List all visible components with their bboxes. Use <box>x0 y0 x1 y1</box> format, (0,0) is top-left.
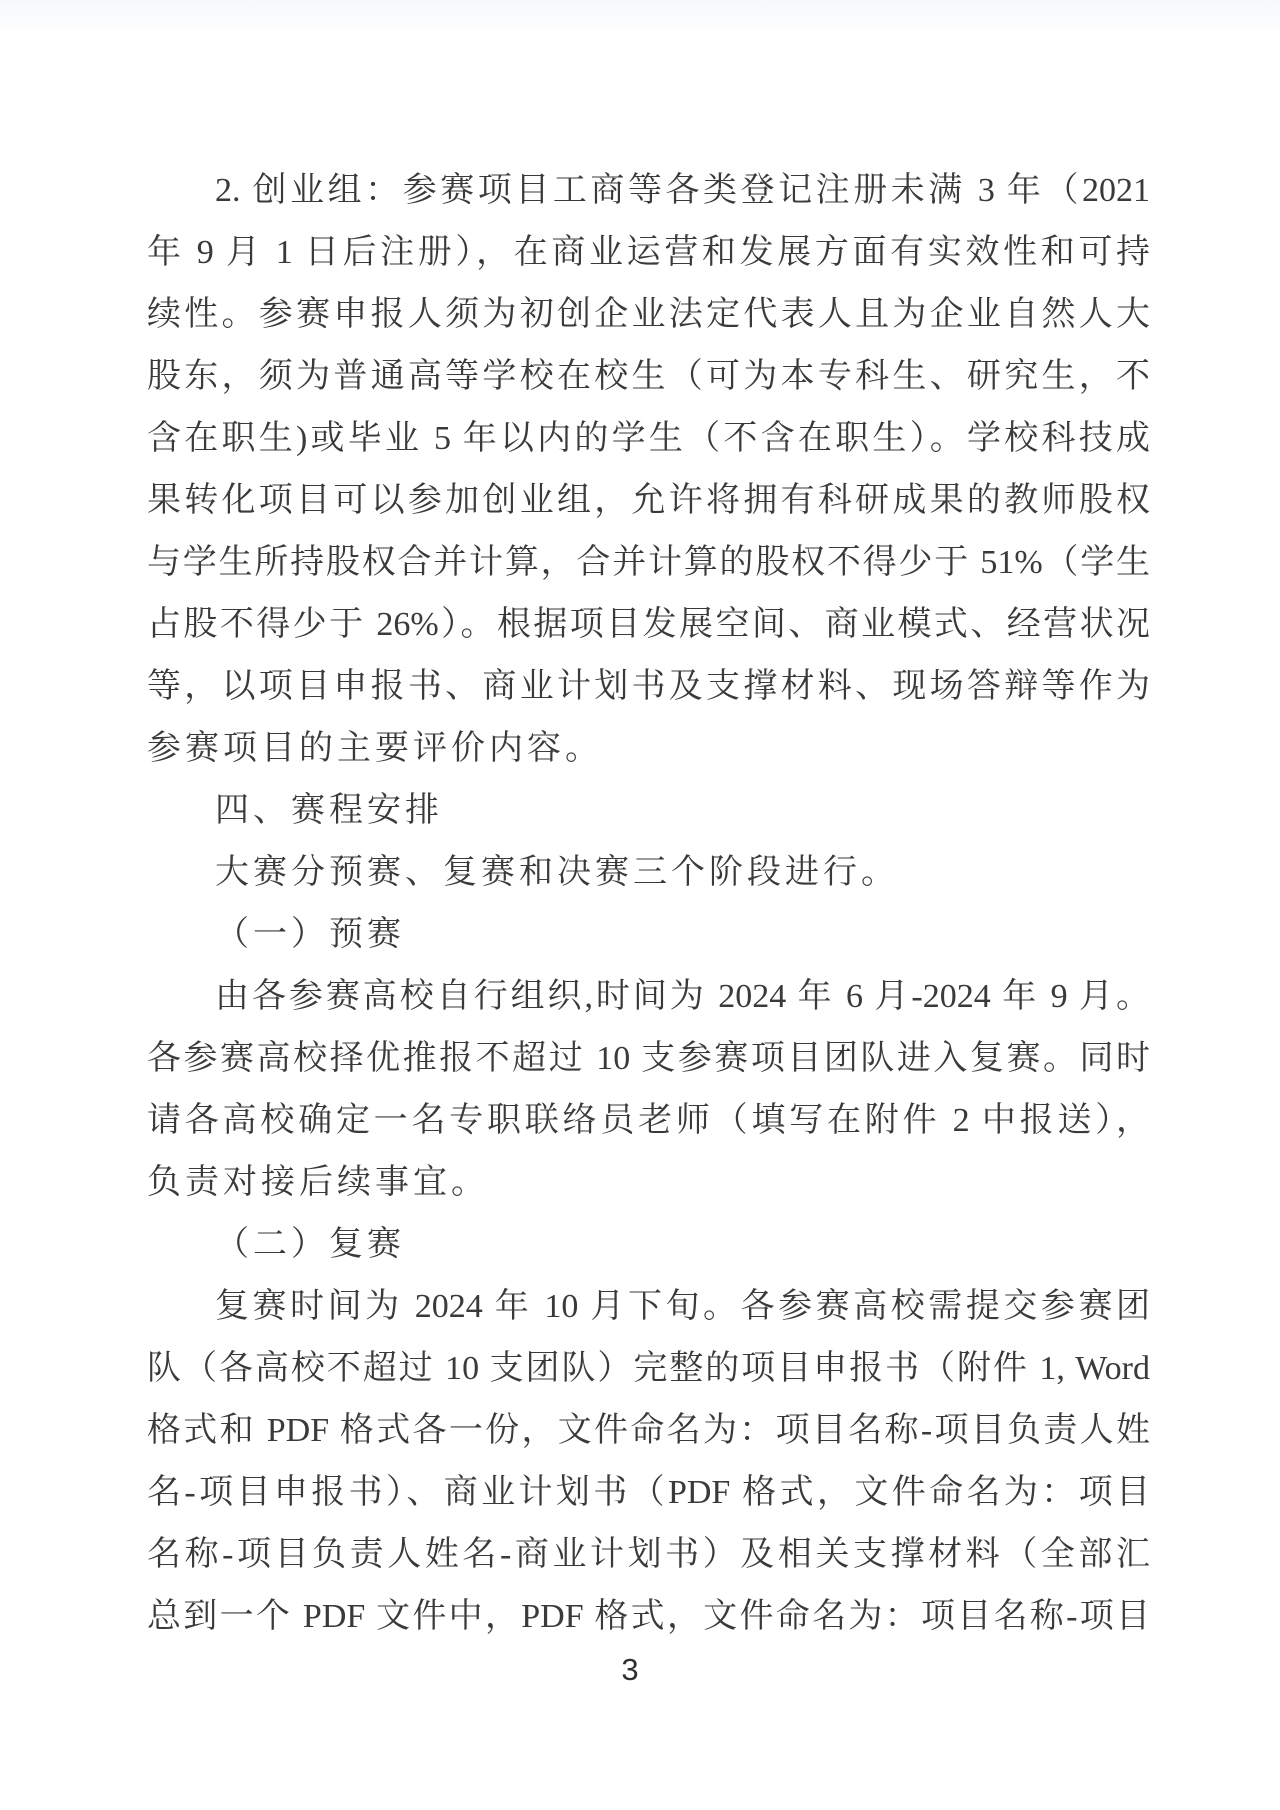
paragraph-last-line: 参赛项目的主要评价内容。 <box>147 718 1150 780</box>
document-body: 2. 创业组：参赛项目工商等各类登记注册未满 3 年（2021 年 9 月 1 … <box>147 160 1150 1648</box>
subsection-heading-line: （二）复赛 <box>147 1214 1150 1276</box>
subsection-heading-line: （一）预赛 <box>147 904 1150 966</box>
text-line: 队（各高校不超过 10 支团队）完整的项目申报书（附件 1, Word <box>147 1338 1150 1400</box>
text-line: 果转化项目可以参加创业组，允许将拥有科研成果的教师股权 <box>147 470 1150 532</box>
text-line: 格式和 PDF 格式各一份，文件命名为：项目名称-项目负责人姓 <box>147 1400 1150 1462</box>
text-line: 名称-项目负责人姓名-商业计划书）及相关支撑材料（全部汇 <box>147 1524 1150 1586</box>
text-line: 年 9 月 1 日后注册），在商业运营和发展方面有实效性和可持 <box>147 222 1150 284</box>
text-line: 占股不得少于 26%）。根据项目发展空间、商业模式、经营状况 <box>147 594 1150 656</box>
paragraph-first-line: 复赛时间为 2024 年 10 月下旬。各参赛高校需提交参赛团 <box>147 1276 1150 1338</box>
text-line: 含在职生)或毕业 5 年以内的学生（不含在职生）。学校科技成 <box>147 408 1150 470</box>
text-line: 与学生所持股权合并计算，合并计算的股权不得少于 51%（学生 <box>147 532 1150 594</box>
text-line: 续性。参赛申报人须为初创企业法定代表人且为企业自然人大 <box>147 284 1150 346</box>
text-line: 请各高校确定一名专职联络员老师（填写在附件 2 中报送）， <box>147 1090 1150 1152</box>
text-line: 总到一个 PDF 文件中，PDF 格式，文件命名为：项目名称-项目 <box>147 1586 1150 1648</box>
page-number: 3 <box>610 1650 650 1690</box>
paragraph-first-line: 由各参赛高校自行组织,时间为 2024 年 6 月-2024 年 9 月。 <box>147 966 1150 1028</box>
text-line: 等，以项目申报书、商业计划书及支撑材料、现场答辩等作为 <box>147 656 1150 718</box>
text-line: 股东，须为普通高等学校在校生（可为本专科生、研究生，不 <box>147 346 1150 408</box>
scanned-document-page: 2. 创业组：参赛项目工商等各类登记注册未满 3 年（2021 年 9 月 1 … <box>0 0 1280 1810</box>
text-line: 各参赛高校择优推报不超过 10 支参赛项目团队进入复赛。同时 <box>147 1028 1150 1090</box>
text-line: 大赛分预赛、复赛和决赛三个阶段进行。 <box>147 842 1150 904</box>
section-heading-line: 四、赛程安排 <box>147 780 1150 842</box>
text-line: 名-项目申报书）、商业计划书（PDF 格式，文件命名为：项目 <box>147 1462 1150 1524</box>
paragraph-last-line: 负责对接后续事宜。 <box>147 1152 1150 1214</box>
paragraph-first-line: 2. 创业组：参赛项目工商等各类登记注册未满 3 年（2021 <box>147 160 1150 222</box>
